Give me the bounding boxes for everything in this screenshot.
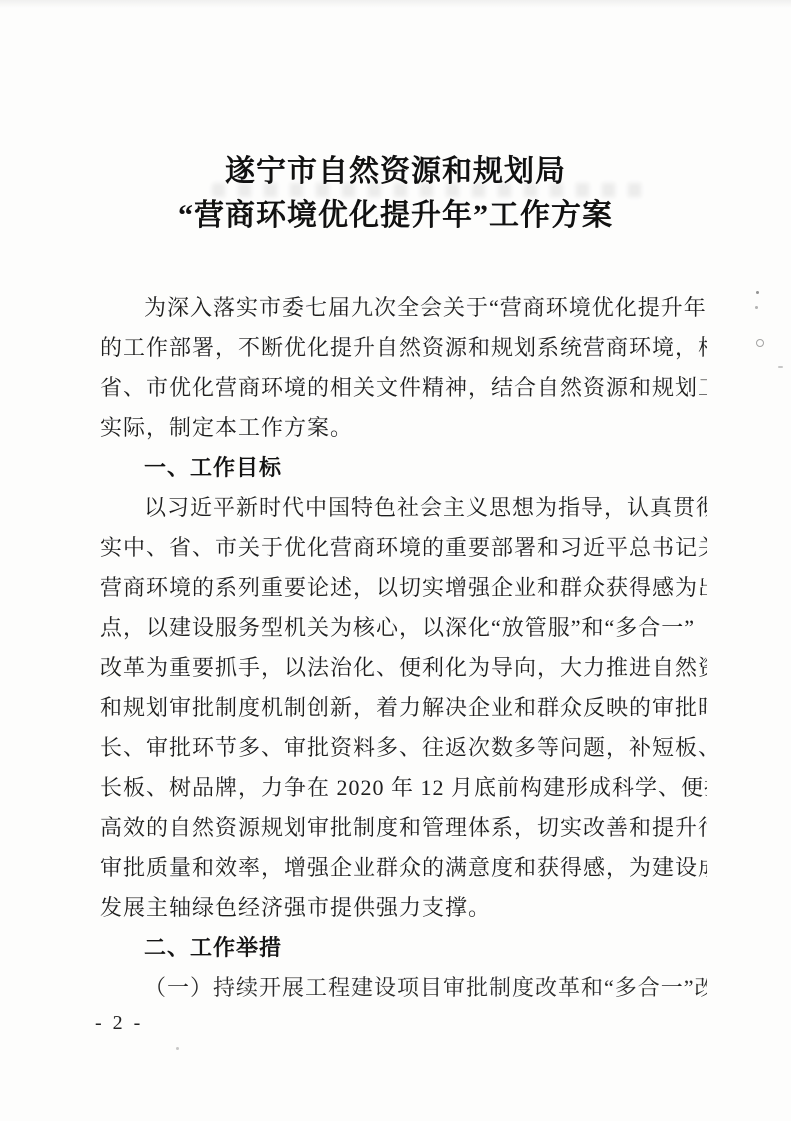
title-line-2: “营商环境优化提升年”工作方案 [0, 194, 791, 238]
text-line: 为深入落实市委七届九次全会关于“营商环境优化提升年” [100, 288, 707, 328]
text-line: 营商环境的系列重要论述，以切实增强企业和群众获得感为出发 [100, 568, 707, 608]
scan-speck [756, 339, 764, 347]
text-line: 的工作部署，不断优化提升自然资源和规划系统营商环境，根据 [100, 328, 707, 368]
text-line: 实际，制定本工作方案。 [100, 408, 707, 448]
paragraph: 为深入落实市委七届九次全会关于“营商环境优化提升年”的工作部署，不断优化提升自然… [100, 288, 707, 448]
text-line: 以习近平新时代中国特色社会主义思想为指导，认真贯彻落 [100, 488, 707, 528]
document-page: 遂宁市自然资源和规划局 “营商环境优化提升年”工作方案 为深入落实市委七届九次全… [0, 0, 791, 1121]
text-line: 改革为重要抓手，以法治化、便利化为导向，大力推进自然资源 [100, 648, 707, 688]
text-line: 发展主轴绿色经济强市提供强力支撑。 [100, 888, 707, 928]
section-heading: 一、工作目标 [100, 448, 707, 488]
text-line: 实中、省、市关于优化营商环境的重要部署和习近平总书记关于 [100, 528, 707, 568]
section-heading: 二、工作举措 [100, 928, 707, 968]
title-line-1: 遂宁市自然资源和规划局 [0, 150, 791, 194]
scan-speck [176, 1047, 179, 1050]
text-line: 长板、树品牌，力争在 2020 年 12 月底前构建形成科学、便捷、 [100, 768, 707, 808]
scan-speck [755, 306, 758, 309]
text-line: 高效的自然资源规划审批制度和管理体系，切实改善和提升行政 [100, 808, 707, 848]
text-line: 省、市优化营商环境的相关文件精神，结合自然资源和规划工作 [100, 368, 707, 408]
text-line: （一）持续开展工程建设项目审批制度改革和“多合一”改 [100, 968, 707, 1008]
paragraph: （一）持续开展工程建设项目审批制度改革和“多合一”改 [100, 968, 707, 1008]
paragraph: 以习近平新时代中国特色社会主义思想为指导，认真贯彻落实中、省、市关于优化营商环境… [100, 488, 707, 928]
scan-speck [778, 366, 783, 368]
scan-speck [756, 291, 759, 294]
page-number: - 2 - [95, 1012, 143, 1035]
text-line: 长、审批环节多、审批资料多、往返次数多等问题，补短板、拉 [100, 728, 707, 768]
text-line: 和规划审批制度机制创新，着力解决企业和群众反映的审批时限 [100, 688, 707, 728]
document-body: 为深入落实市委七届九次全会关于“营商环境优化提升年”的工作部署，不断优化提升自然… [100, 288, 707, 1008]
text-line: 审批质量和效率，增强企业群众的满意度和获得感，为建设成渝 [100, 848, 707, 888]
document-title: 遂宁市自然资源和规划局 “营商环境优化提升年”工作方案 [0, 150, 791, 238]
text-line: 点，以建设服务型机关为核心，以深化“放管服”和“多合一” [100, 608, 707, 648]
